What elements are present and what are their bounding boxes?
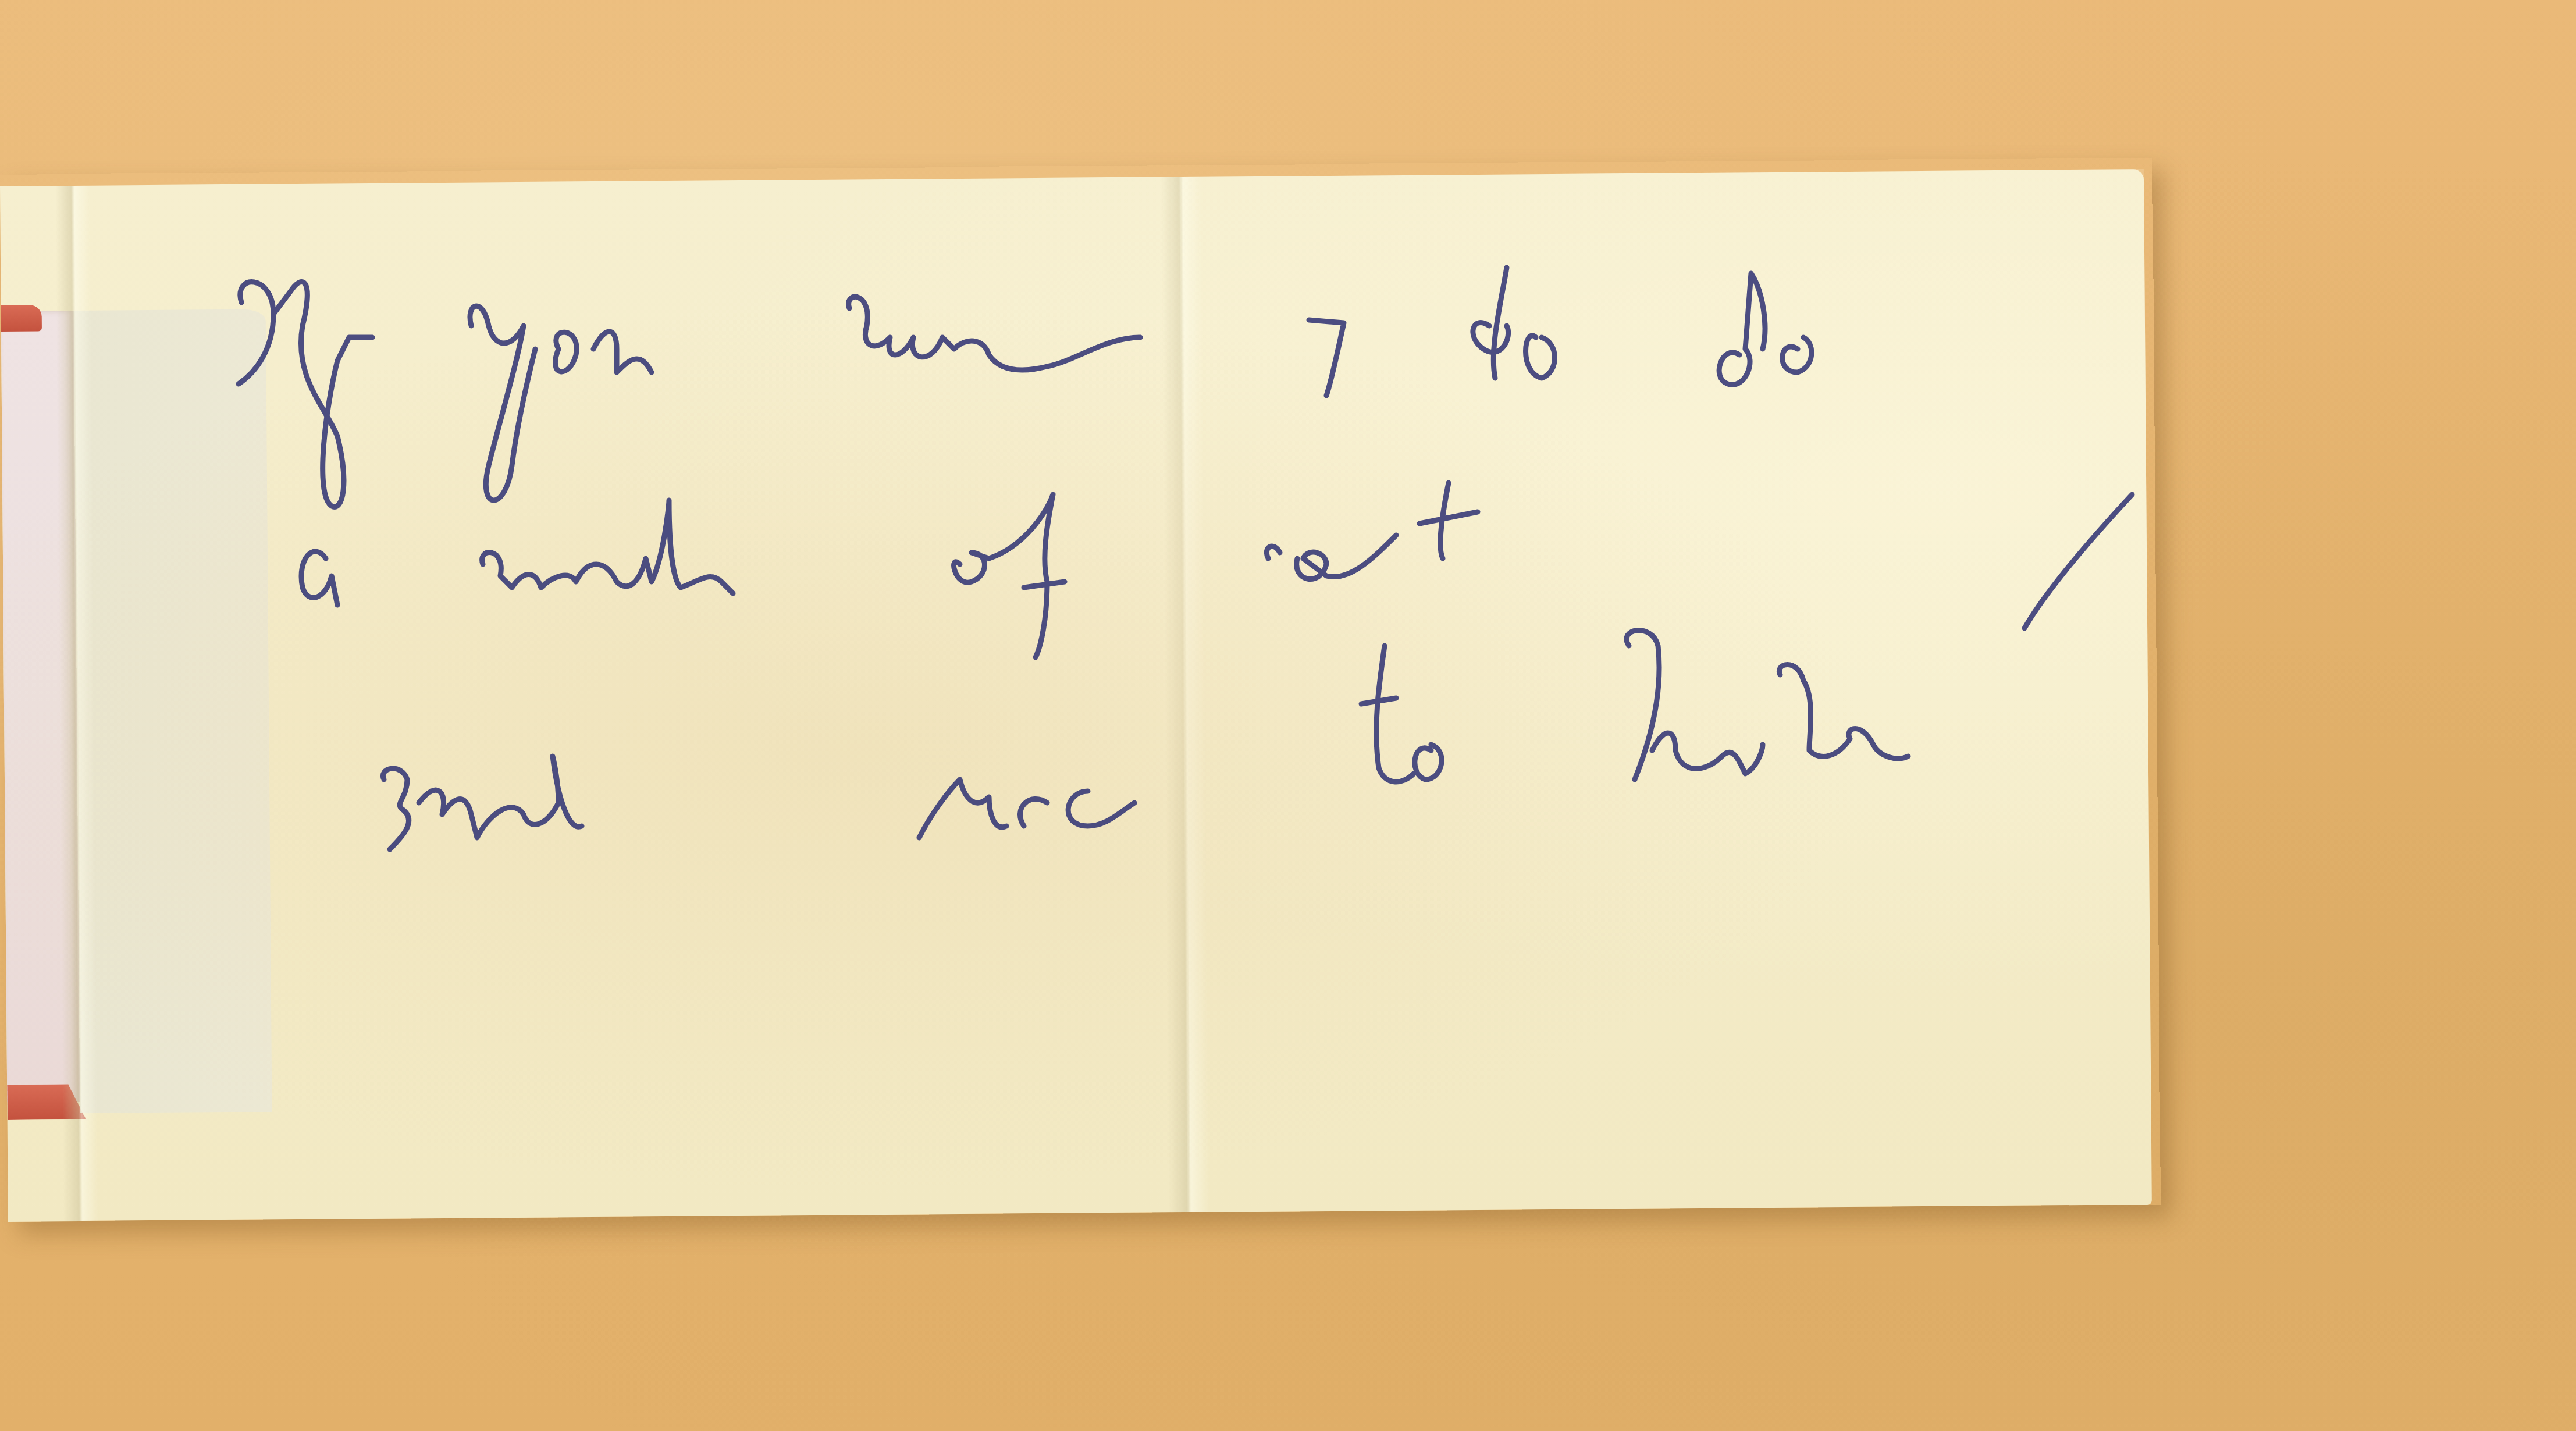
handwriting-line-2 <box>301 483 1478 657</box>
handwriting-line-3 <box>383 631 1908 849</box>
slash-mark <box>2024 494 2132 628</box>
handwriting-strokes <box>0 0 2576 1431</box>
handwriting-line-1 <box>239 268 1812 507</box>
